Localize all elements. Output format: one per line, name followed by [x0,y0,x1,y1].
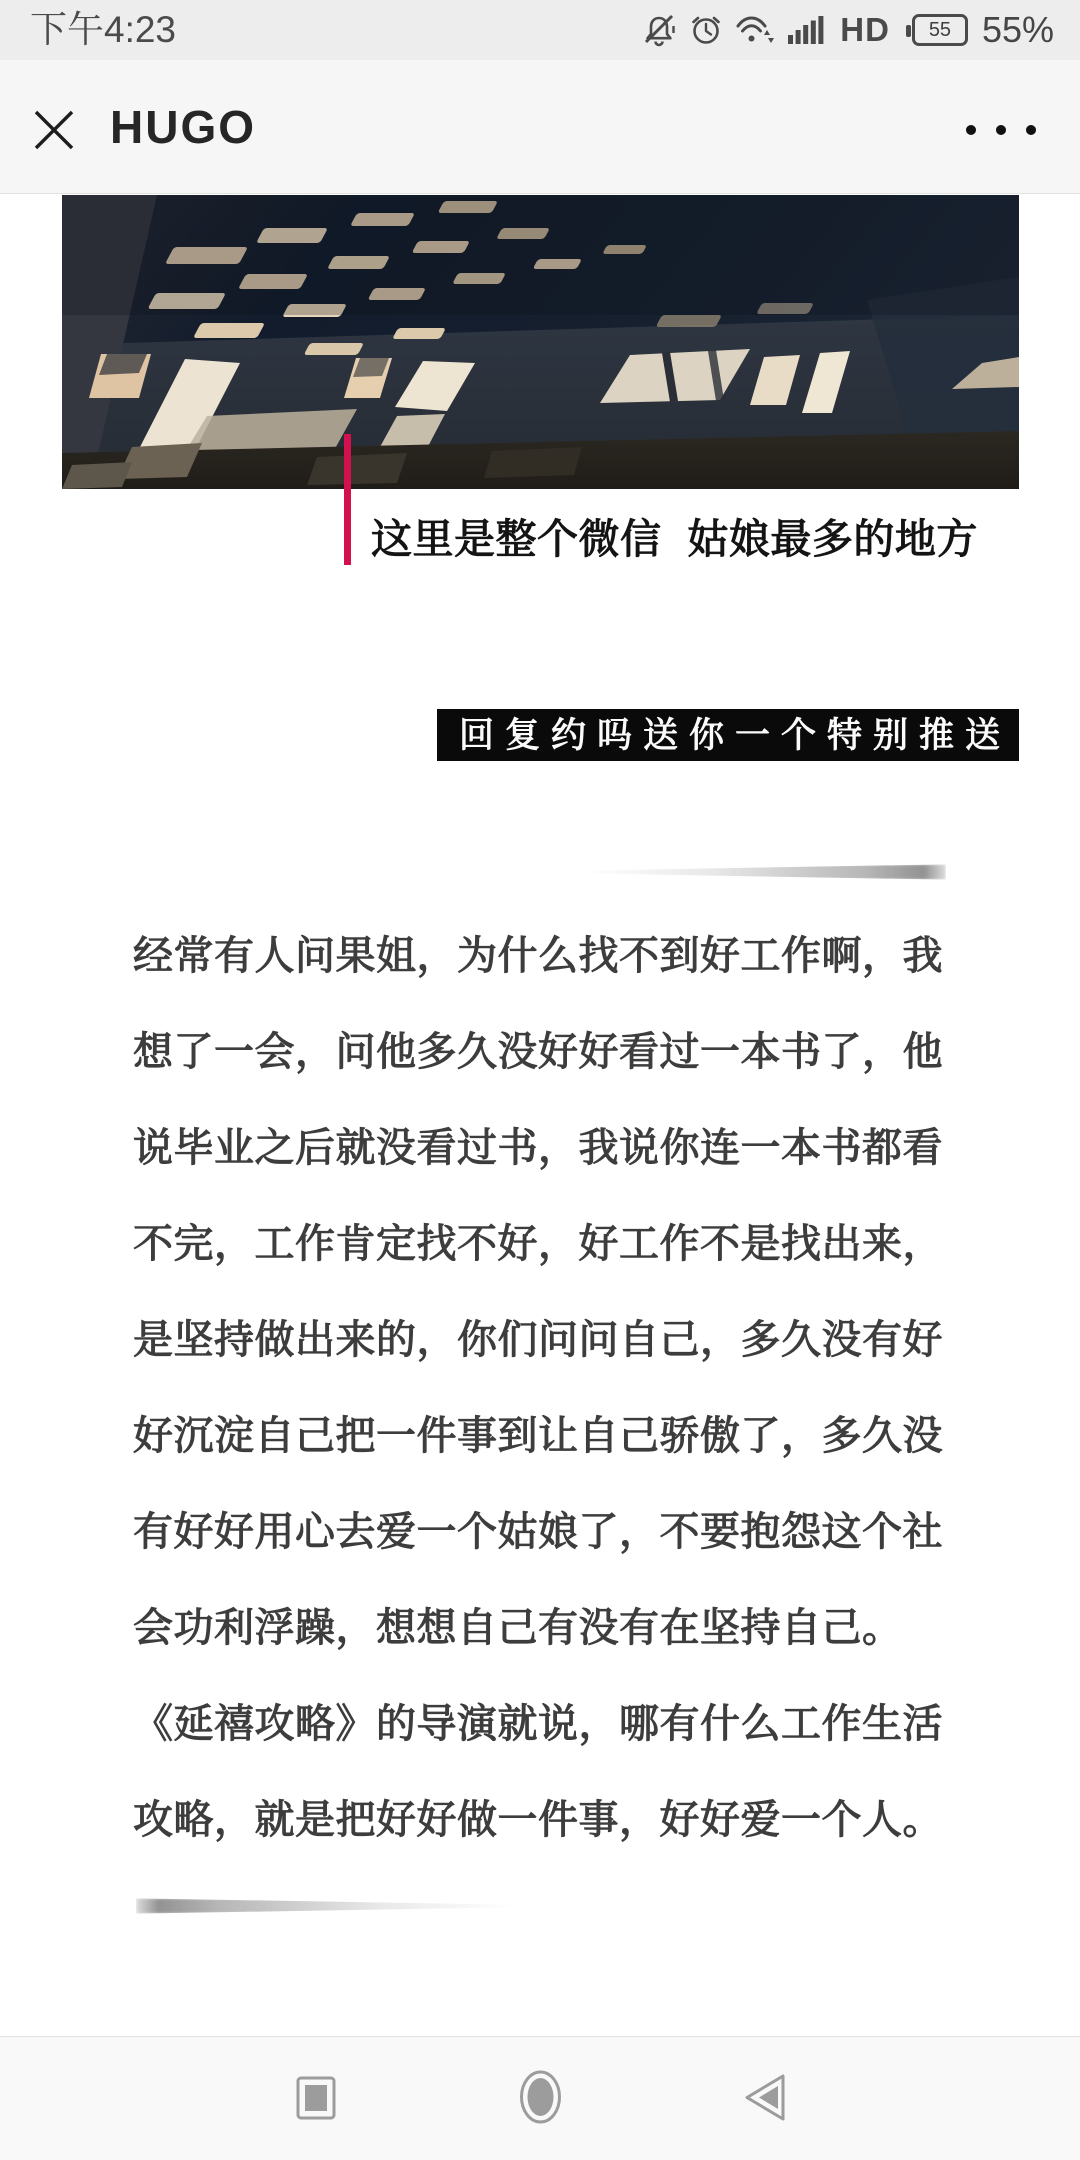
recents-button[interactable] [296,2076,336,2120]
paragraph-line: 不完，工作肯定找不好，好工作不是找出来， [133,1196,993,1292]
page-title: HUGO [110,60,256,194]
reply-cta-banner: 回复约吗送你一个特别推送 [437,709,1019,761]
status-bar: 下午4:23 HD 55 55% [0,0,1080,60]
article-paragraph: 经常有人问果姐，为什么找不到好工作啊，我 想了一会，问他多久没好好看过一本书了，… [133,908,993,1868]
paragraph-line: 想了一会，问他多久没好好看过一本书了，他 [133,1004,993,1100]
system-nav-bar [0,2036,1080,2160]
battery-level: 55 [929,19,951,42]
title-bar: HUGO [0,60,1080,194]
brush-divider-top [580,864,946,880]
article-body: 这里是整个微信 姑娘最多的地方 回复约吗送你一个特别推送 经常有人问果姐，为什么… [0,195,1080,2036]
paragraph-line: 是坚持做出来的，你们问问自己，多久没有好 [133,1292,993,1388]
back-button[interactable] [743,2074,786,2121]
brush-divider-bottom [136,1898,516,1914]
paragraph-line: 有好好用心去爱一个姑娘了，不要抱怨这个社 [133,1484,993,1580]
wechat-article-screen: { "status_bar": { "time": "下午4:23", "net… [0,0,1080,2160]
paragraph-line: 经常有人问果姐，为什么找不到好工作啊，我 [133,908,993,1004]
status-icons: HD 55 55% [642,0,1054,60]
more-button[interactable] [966,110,1036,150]
hero-caption: 这里是整个微信 姑娘最多的地方 [371,516,978,562]
paragraph-line: 好沉淀自己把一件事到让自己骄傲了，多久没 [133,1388,993,1484]
recents-icon [298,2078,334,2118]
paragraph-line: 《延禧攻略》的导演就说，哪有什么工作生活 [133,1676,993,1772]
home-button[interactable] [519,2070,562,2124]
battery-icon: 55 [912,14,968,46]
close-button[interactable] [32,108,76,152]
back-icon [747,2076,783,2119]
caption-accent-line [344,434,351,565]
wifi-icon [736,15,774,45]
home-icon [522,2072,560,2122]
clock-time: 下午4:23 [30,0,176,60]
hero-image[interactable] [62,195,1019,489]
paragraph-line: 会功利浮躁，想想自己有没有在坚持自己。 [133,1580,993,1676]
signal-full-icon [788,16,826,44]
battery-percent: 55% [982,9,1054,51]
paragraph-line: 说毕业之后就没看过书，我说你连一本书都看 [133,1100,993,1196]
hd-badge: HD [840,11,890,49]
vibrate-muted-icon [642,13,676,47]
more-dots-icon [966,125,976,135]
alarm-icon [690,13,722,47]
close-icon [36,112,72,148]
paragraph-line: 攻略，就是把好好做一件事，好好爱一个人。 [133,1772,993,1868]
